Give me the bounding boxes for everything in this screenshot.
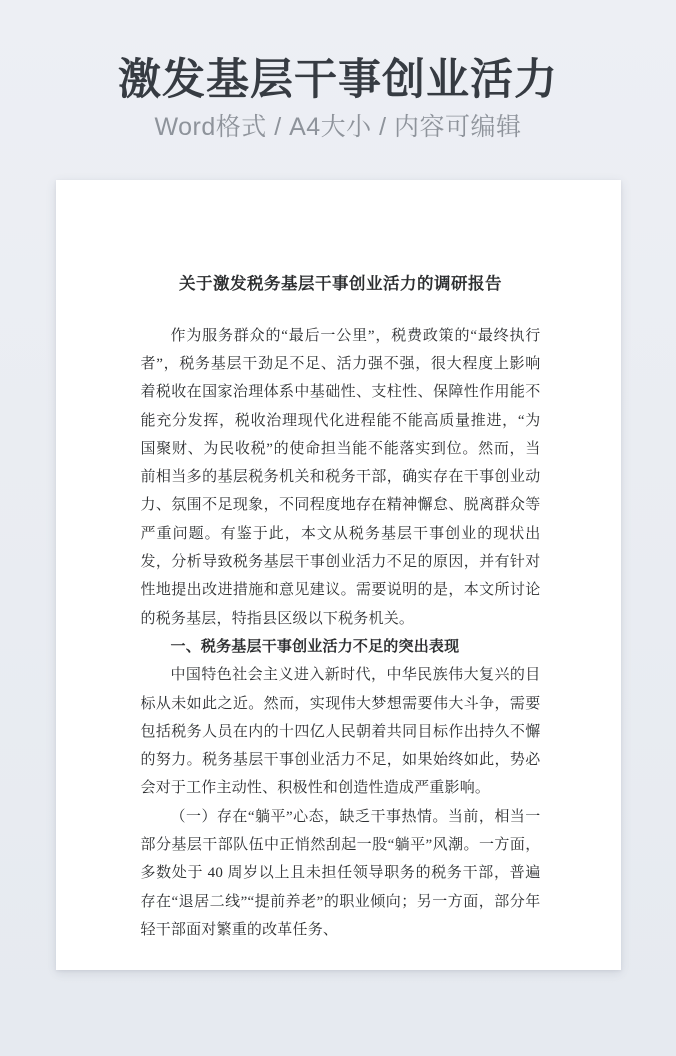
document-paragraph: （一）存在“躺平”心态，缺乏干事热情。当前，相当一部分基层干部队伍中正悄然刮起一… [141,803,541,944]
document-title: 关于激发税务基层干事创业活力的调研报告 [141,270,541,298]
section-heading: 一、税务基层干事创业活力不足的突出表现 [141,633,541,661]
document-paragraph: 作为服务群众的“最后一公里”，税费政策的“最终执行者”，税务基层干劲足不足、活力… [141,322,541,633]
document-body: 作为服务群众的“最后一公里”，税费政策的“最终执行者”，税务基层干劲足不足、活力… [141,322,541,945]
banner-subtitle: Word格式 / A4大小 / 内容可编辑 [0,114,676,142]
document-page-preview: 关于激发税务基层干事创业活力的调研报告 作为服务群众的“最后一公里”，税费政策的… [56,180,621,970]
banner-title: 激发基层干事创业活力 [0,58,676,103]
document-paragraph: 中国特色社会主义进入新时代，中华民族伟大复兴的目标从未如此之近。然而，实现伟大梦… [141,661,541,802]
banner: 激发基层干事创业活力 Word格式 / A4大小 / 内容可编辑 [0,0,676,142]
